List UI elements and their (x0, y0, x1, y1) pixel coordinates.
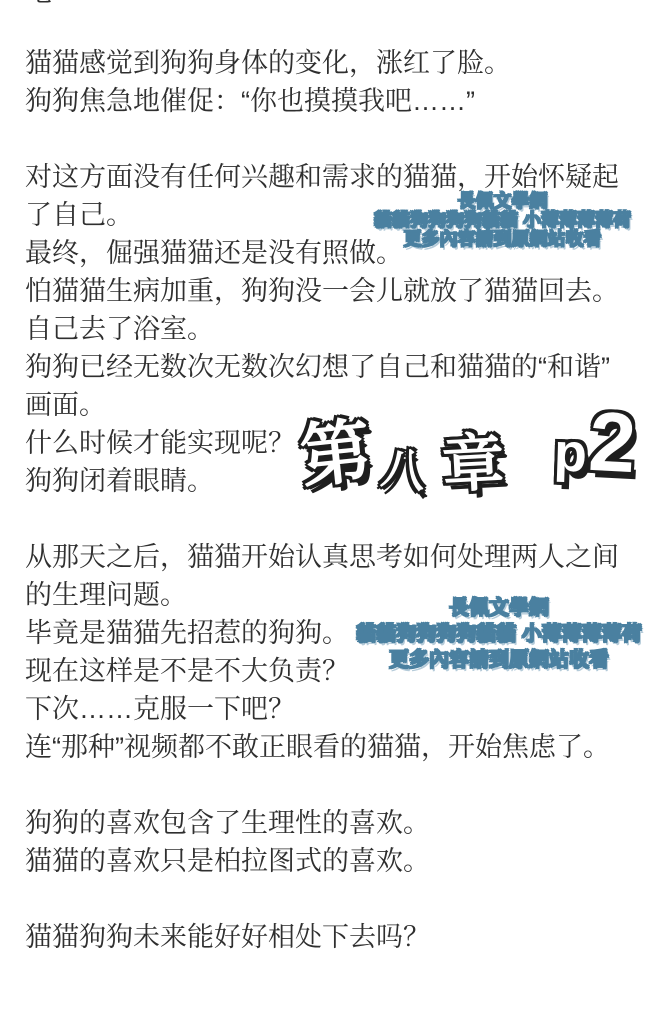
story-line: 的生理问题。 (25, 576, 640, 614)
stamp-char: 八 (378, 432, 429, 501)
stamp-char: p (553, 421, 588, 484)
story-line: 怕猫猫生病加重，狗狗没一会儿就放了猫猫回去。 (25, 272, 640, 310)
reader-page: 屯 猫猫感觉到狗狗身体的变化，涨红了脸。狗狗焦急地催促：“你也摸摸我吧……” 对… (0, 0, 653, 1024)
stamp-char: 章 (440, 412, 507, 504)
story-line (25, 766, 640, 804)
story-line: 最终，倔强猫猫还是没有照做。 (25, 234, 640, 272)
story-line (25, 500, 640, 538)
story-line: 现在这样是不是不大负责？ (25, 652, 640, 690)
chapter-stamp: 第 八 章 p 2 (300, 398, 636, 503)
story-line (25, 880, 640, 918)
story-line: 猫猫的喜欢只是柏拉图式的喜欢。 (25, 842, 640, 880)
clipped-previous-line: 屯 (25, 0, 52, 6)
story-line: 从那天之后，猫猫开始认真思考如何处理两人之间 (25, 538, 640, 576)
stamp-char: 2 (587, 393, 639, 492)
story-line: 猫猫狗狗未来能好好相处下去吗？ (25, 918, 640, 956)
story-line: 狗狗的喜欢包含了生理性的喜欢。 (25, 804, 640, 842)
story-line: 狗狗焦急地催促：“你也摸摸我吧……” (25, 82, 640, 120)
story-line: 狗狗已经无数次无数次幻想了自己和猫猫的“和谐” (25, 348, 640, 386)
story-line: 下次……克服一下吧？ (25, 690, 640, 728)
story-line: 对这方面没有任何兴趣和需求的猫猫，开始怀疑起 (25, 158, 640, 196)
stamp-char: 第 (295, 395, 375, 503)
story-line: 毕竟是猫猫先招惹的狗狗。 (25, 614, 640, 652)
story-line: 连“那种”视频都不敢正眼看的猫猫，开始焦虑了。 (25, 728, 640, 766)
story-line: 自己去了浴室。 (25, 310, 640, 348)
story-line (25, 120, 640, 158)
story-line: 猫猫感觉到狗狗身体的变化，涨红了脸。 (25, 44, 640, 82)
story-line: 了自己。 (25, 196, 640, 234)
partial-character: 屯 (25, 0, 52, 7)
